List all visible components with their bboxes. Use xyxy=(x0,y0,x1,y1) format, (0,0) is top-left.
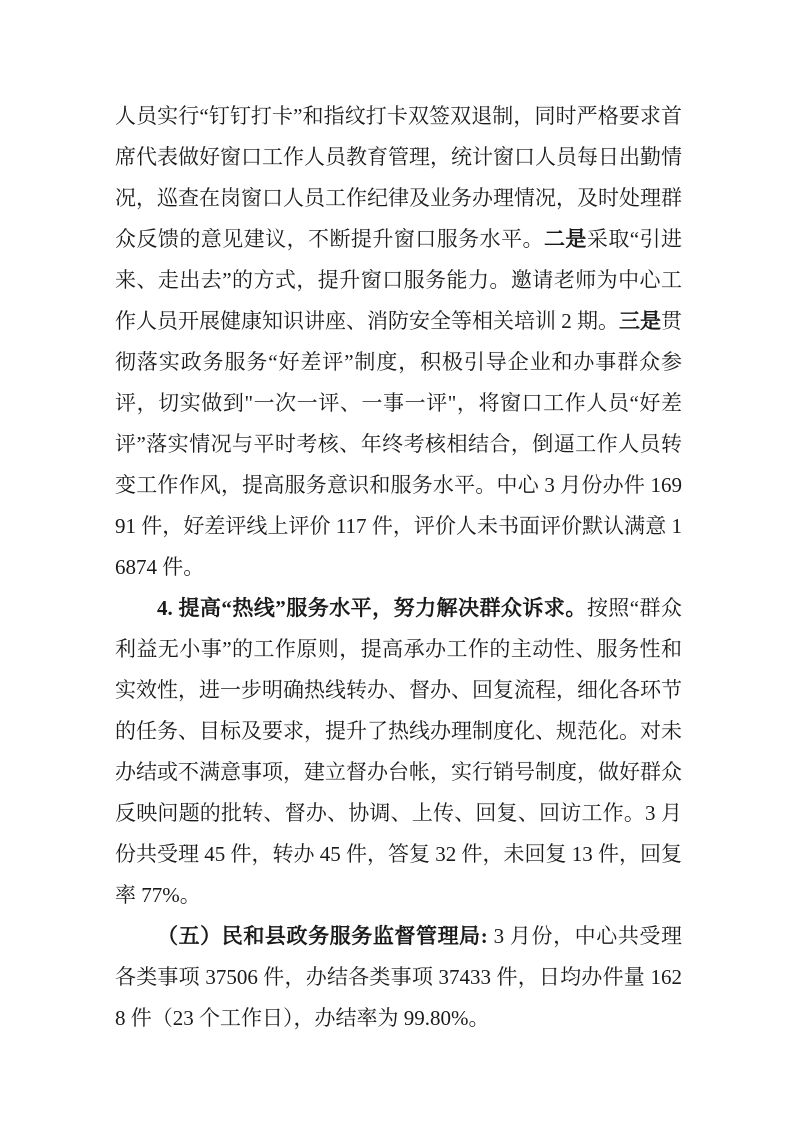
para-window-service-continuation: 人员实行“钉钉打卡”和指纹打卡双签双退制，同时严格要求首席代表做好窗口工作人员教… xyxy=(115,96,682,588)
text-run: 按照“群众利益无小事”的工作原则，提高承办工作的主动性、服务性和实效性，进一步明… xyxy=(115,596,682,907)
para-minhe-bureau: （五）民和县政务服务监督管理局: 3 月份，中心共受理各类事项 37506 件，… xyxy=(115,916,682,1039)
emphasis-text-run: 三是 xyxy=(619,309,661,333)
text-run: 贯彻落实政务服务“好差评”制度，积极引导企业和办事群众参评，切实做到"一次一评、… xyxy=(115,309,682,579)
emphasis-text-run: （五）民和县政务服务监督管理局: xyxy=(157,924,488,948)
para-hotline-service: 4. 提高“热线”服务水平，努力解决群众诉求。按照“群众利益无小事”的工作原则，… xyxy=(115,588,682,916)
emphasis-text-run: 4. 提高“热线”服务水平，努力解决群众诉求。 xyxy=(157,596,587,620)
document-body: 人员实行“钉钉打卡”和指纹打卡双签双退制，同时严格要求首席代表做好窗口工作人员教… xyxy=(115,96,682,1039)
emphasis-text-run: 二是 xyxy=(544,227,587,251)
document-page: 人员实行“钉钉打卡”和指纹打卡双签双退制，同时严格要求首席代表做好窗口工作人员教… xyxy=(0,0,793,1122)
